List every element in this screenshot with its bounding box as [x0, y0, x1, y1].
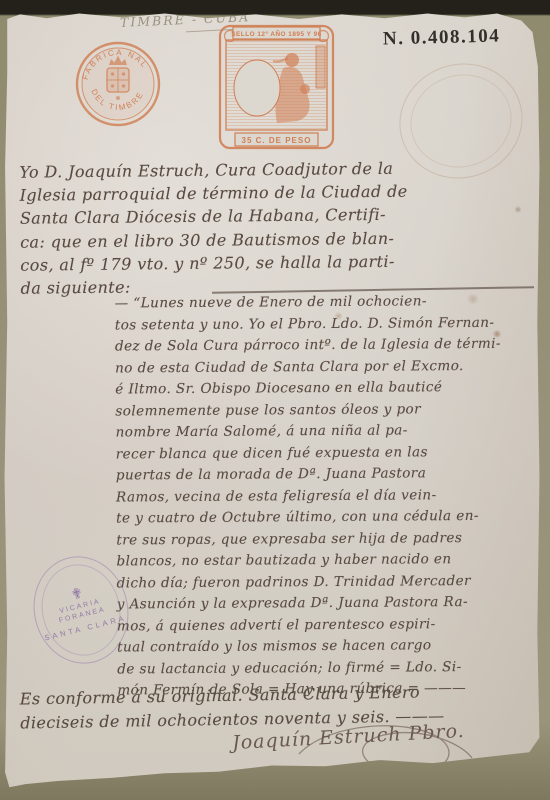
manuscript-line: y Asunción y la expresada Dª. Juana Past…	[117, 592, 537, 616]
manuscript-line: recer blanca que dicen fué expuesta en l…	[116, 441, 536, 465]
shield-pellet	[122, 72, 125, 75]
photo-background: TIMBRE - CUBA FABRICA NAL DEL TIMBRE	[0, 0, 550, 800]
opening-block: Yo D. Joaquín Estruch, Cura Coadjutor de…	[19, 155, 534, 300]
stamp-top-banner-text: SELLO 12º AÑO 1895 Y 96	[231, 29, 321, 38]
shield-pellet	[122, 84, 125, 87]
manuscript-line: dez de Sola Cura párroco intº. de la Igl…	[115, 334, 535, 358]
shield-pellet	[111, 72, 114, 75]
shield-pellet	[111, 84, 114, 87]
manuscript-line: — “Lunes nueve de Enero de mil ochocien-	[115, 291, 535, 315]
child-figure	[300, 84, 310, 94]
blank-oval	[234, 60, 280, 116]
manuscript-line: no de esta Ciudad de Santa Clara por el …	[115, 355, 535, 379]
seal-dot	[116, 96, 120, 100]
manuscript-line: tual contraído y los mismos se hacen car…	[117, 635, 537, 659]
vicaria-stamp-inner-ring	[32, 556, 130, 664]
pillar	[316, 46, 325, 88]
manuscript-line: solemnemente puse los santos óleos y por	[115, 398, 535, 422]
manuscript-line: mos, á quienes advertí el parentesco esp…	[117, 613, 537, 637]
manuscript-line: nombre María Salomé, á una niña al pa-	[115, 420, 535, 444]
document-paper: TIMBRE - CUBA FABRICA NAL DEL TIMBRE	[4, 12, 540, 788]
manuscript-line: tre sus ropas, que expresaba ser hija de…	[116, 527, 536, 551]
manuscript-line: puertas de la morada de Dª. Juana Pastor…	[116, 463, 536, 487]
manuscript-line: blancos, no estar bautizada y haber naci…	[116, 549, 536, 573]
manuscript-line: de su lactancia y educación; lo firmé = …	[117, 656, 537, 680]
manuscript-line: te y cuatro de Octubre último, con una c…	[116, 506, 536, 530]
manuscript-line: é Iltmo. Sr. Obispo Diocesano en ella ba…	[115, 377, 535, 401]
manuscript-line: Ramos, vecina de esta feligresía el día …	[116, 484, 536, 508]
manuscript-line: tos setenta y uno. Yo el Pbro. Ldo. D. S…	[115, 312, 535, 336]
revenue-stamp: SELLO 12º AÑO 1895 Y 96 35 C. DE PESO	[213, 22, 340, 152]
allegorical-figure-head	[285, 53, 299, 67]
baptism-entry-block: — “Lunes nueve de Enero de mil ochocien-…	[115, 291, 538, 702]
stamp-denomination-text: 35 C. DE PESO	[242, 136, 312, 145]
serial-number: N. 0.408.104	[383, 25, 501, 50]
manuscript-line: dicho día; fueron padrinos D. Trinidad M…	[117, 570, 537, 594]
fabrica-del-timbre-seal: FABRICA NAL DEL TIMBRE	[74, 40, 162, 128]
